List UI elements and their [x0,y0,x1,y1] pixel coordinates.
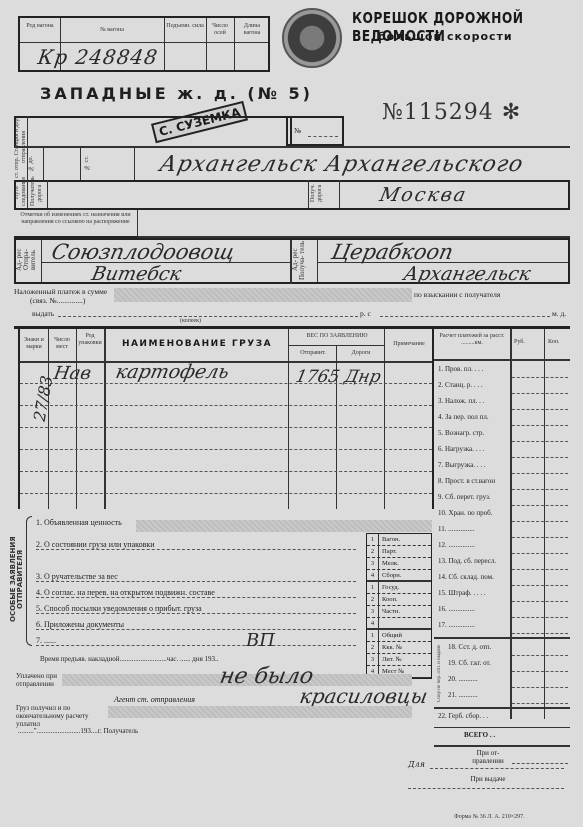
col-wagon-type: Род вагона [22,23,58,30]
code-number: 1 [367,630,379,641]
date-line: .........".........................193..… [18,727,138,735]
destination-line2: Москва [378,184,470,206]
form-number: Форма № 36 Л. А. 210×297. [454,814,525,821]
kop-header: Коп. [548,339,559,346]
special-statement-item: 6. Приложены документы [36,620,124,629]
code-number: 3 [367,654,379,665]
received-label: Груз получил и по окончательному расчету… [16,704,112,728]
coat-of-arms-icon [282,8,342,68]
route-no-label: № [294,126,301,135]
charge-item: 12. ............... [438,541,475,549]
col-count: Число мест [49,337,75,351]
station-side-label: ст. отпр. Станция и дор. отправления [14,116,28,180]
route-label: Путь следования [14,180,28,208]
charges-table: Расчет платежей за расст. .........км. Р… [434,329,570,719]
code-text: Парт. [382,548,397,555]
code-row: 2Парт. [367,546,431,558]
charge-item: 2. Станц. р. . . . [438,381,483,389]
col-packing: Род упаковки [77,333,103,347]
charge-sub-item: 20. ........... [448,675,478,683]
railway-name: ЗАПАДНЫЕ ж. д. (№ 5) [40,84,313,103]
code-text: Лит. № [382,656,402,663]
wagon-table: Род вагона № вагона Подъемн. сила Число … [18,16,270,72]
receiver-city: Архангельск [402,263,533,285]
document-number: №115294 ✻ [382,100,521,125]
special-statements-label: ОСОБЫЕ ЗАЯВЛЕНИЯ ОТПРАВИТЕЛЯ [10,514,24,644]
destination-handwritten: Архангельск Архангельского [157,152,526,177]
code-row: 1Госуд. [367,582,431,594]
code-number: 1 [367,582,379,593]
sender-name: Союзплодоовощ [49,240,237,264]
issue-r: р. с [360,309,371,318]
cargo-packing-value: Нав [52,363,93,384]
charge-item: 17. ............... [438,621,475,629]
code-number: 3 [367,606,379,617]
destination-block [14,180,570,210]
code-text: Частн. [382,608,400,615]
on-delivery-label: При выдаче [468,775,508,783]
code-row: 4 [367,618,431,630]
code-text: Вагон. [382,536,400,543]
route-notes-label: Отметки об изменениях ст. назначения или… [14,210,137,226]
col-cargo-name: НАИМЕНОВАНИЕ ГРУЗА [106,339,288,349]
cargo-table: Знаки и марки Число мест Род упаковки НА… [18,329,434,509]
charge-item: 10. Хран. по проб. [438,509,492,517]
code-row: 2Кооп. [367,594,431,606]
charge-item: 3. Налож. пл. . . [438,397,484,405]
col-note: Примечание [386,341,432,348]
st-no-label: № ст. [84,148,100,180]
route-no-box: № [286,116,344,146]
statements-bracket [26,516,32,646]
code-row: 1Общий [367,630,431,642]
code-boxes: 1Вагон.2Парт.3Мелк.4Сборн.1Госуд.2Кооп.3… [366,533,432,679]
code-row: 1Вагон. [367,534,431,546]
charges-total: ВСЕГО . . [464,731,495,739]
code-number: 4 [367,618,379,629]
charge-sub-item: 21. ........... [448,691,478,699]
col-length: Длина вагона [236,23,268,37]
on-departure-label: При от- правлении [468,749,508,765]
charge-item: 13. Под. сб. пересл. [438,557,496,565]
col-capacity: Подъемн. сила [166,23,204,30]
code-number: 2 [367,594,379,605]
charge-sub-item: 18. Сст. д. отп. [448,643,491,651]
paid-handwritten: не было [218,664,316,689]
sender-city: Витебск [90,263,184,285]
sub-group-label: Сбор по пер. отп. и выдаче [436,641,446,705]
charge-item: 9. Сб. перет. груз. [438,493,491,501]
charge-item: 16. ............... [438,605,475,613]
wagon-number-value: Кр 248848 [36,45,159,69]
charge-item: 14. Сб. склад. пом. [438,573,494,581]
charge-item: 6. Нагрузка. . . . [438,445,484,453]
col-wagon-number: № вагона [62,27,162,34]
code-row: 2Ккк. № [367,642,431,654]
receiver-label: Ад- рес Получа- тель [292,240,318,282]
col-axles: Число осей [208,23,232,37]
charge-item: 4. За пер. пол пл. [438,413,489,421]
dest-road-label: Получатель дорога [30,180,48,208]
reception-time: Время предъяв. накладной................… [40,655,219,663]
side-marks: 27/83 [30,374,57,423]
special-statement-item: 7. ...... [36,636,56,645]
for-label: Для [408,760,425,769]
code-text: Госуд. [382,584,399,591]
special-statement-item: 1. Объявленная ценность [36,518,122,527]
code-text: Сборн. [382,572,401,579]
code-row: 4Сборн. [367,570,431,582]
special-statement-item: 2. О состоянии груза или упаковки [36,540,155,549]
code-number: 1 [367,534,379,545]
cod-right-label: по взыскании с получателя [414,290,500,299]
code-text: Кооп. [382,596,398,603]
charge-item: 1. Пров. пл. . . . [438,365,483,373]
col-weight-sender: Отправит. [290,350,336,357]
charge-item: 15. Штраф. . . . . [438,589,486,597]
col-weight: ВЕС ПО ЗАЯВЛЕНИЮ [290,333,384,340]
charge-item: 11. ............... [438,525,475,533]
col-marks: Знаки и марки [21,337,47,351]
code-text: Ккк. № [382,644,402,651]
waybill-document: Род вагона № вагона Подъемн. сила Число … [0,0,583,827]
documents-mark: ВП [246,630,275,651]
issue-md: м. д. [552,309,566,318]
code-row: 3Частн. [367,606,431,618]
receiver-name: Церабкооп [329,240,455,264]
declared-value-field[interactable] [136,520,432,532]
route-block [14,116,292,146]
code-text: Мелк. [382,560,399,567]
cargo-name-value: картофель [114,361,232,383]
sender-label: Ад- рес Отпра- витель [16,240,42,282]
charge-item-22: 22. Герб. сбор. . . [438,712,488,720]
charges-header: Расчет платежей за расст. .........км. [438,333,506,347]
special-statement-item: 3. О ручательстве за вес [36,572,118,581]
cod-label: Наложенный платеж в сумме [14,287,107,296]
code-number: 2 [367,546,379,557]
agent-handwritten: красиловцы [298,684,430,708]
dest-side-label: Получ. дорога [310,180,340,208]
received-field[interactable] [108,706,412,718]
cargo-weight-value: 1765 Днр [294,367,383,387]
cod-amount-field[interactable] [114,288,412,302]
cod-ref: (связ. №..............) [30,296,85,305]
route-change-notes: Отметки об изменениях ст. назначения или… [14,210,138,238]
special-statement-item: 5. Способ посылки уведомления о прибыт. … [36,604,202,613]
charge-item: 7. Выгрузка. . . . [438,461,486,469]
col-weight-road: Дороги [338,350,384,357]
charge-item: 8. Прост. в ст.вагон [438,477,495,485]
issue-kopeks: (копеек) [180,318,201,325]
issue-label: выдать [32,309,54,318]
code-number: 2 [367,642,379,653]
agent-label: Агент ст. отправления [114,695,195,704]
charge-item: 5. Вознагр. стр. [438,429,484,437]
rub-header: Руб. [514,339,525,346]
code-text: Общий [382,632,402,639]
code-row: 3Мелк. [367,558,431,570]
charge-sub-item: 19. Сб. г.кг. от. [448,659,491,667]
code-number: 3 [367,558,379,569]
document-subtitle: большой скорости [378,30,513,43]
special-statement-item: 4. О соглас. на перев. на открытом подви… [36,588,215,597]
code-number: 4 [367,570,379,581]
code-row: 3Лит. № [367,654,431,666]
